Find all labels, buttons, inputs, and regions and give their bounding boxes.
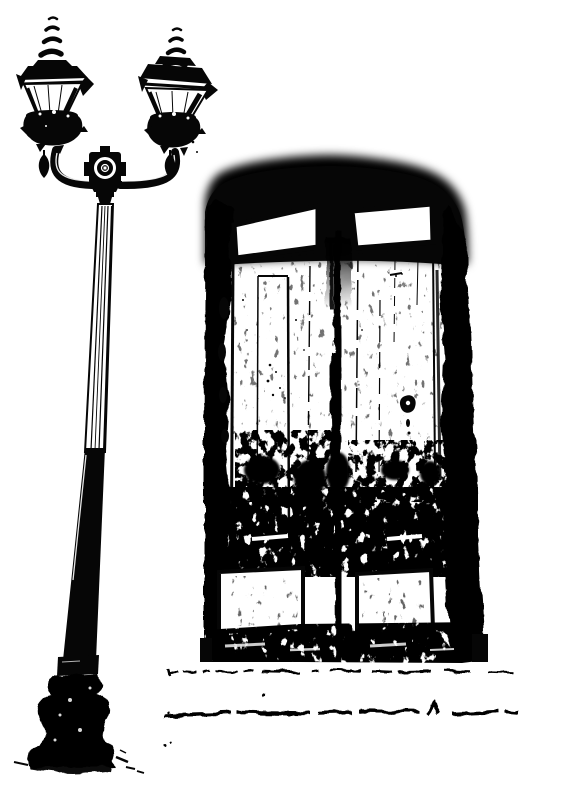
lock-rail-zone (206, 487, 478, 577)
photo-frame: Street lamp and old door (0, 0, 565, 800)
kick-band (200, 622, 488, 663)
upper-weathering (233, 262, 443, 442)
left-cap-roof (18, 66, 88, 80)
lower-panel-left (219, 568, 303, 632)
left-cap-top (33, 60, 72, 66)
scene-canvas: Street lamp and old door (0, 0, 565, 800)
right-transom-window (350, 204, 437, 253)
